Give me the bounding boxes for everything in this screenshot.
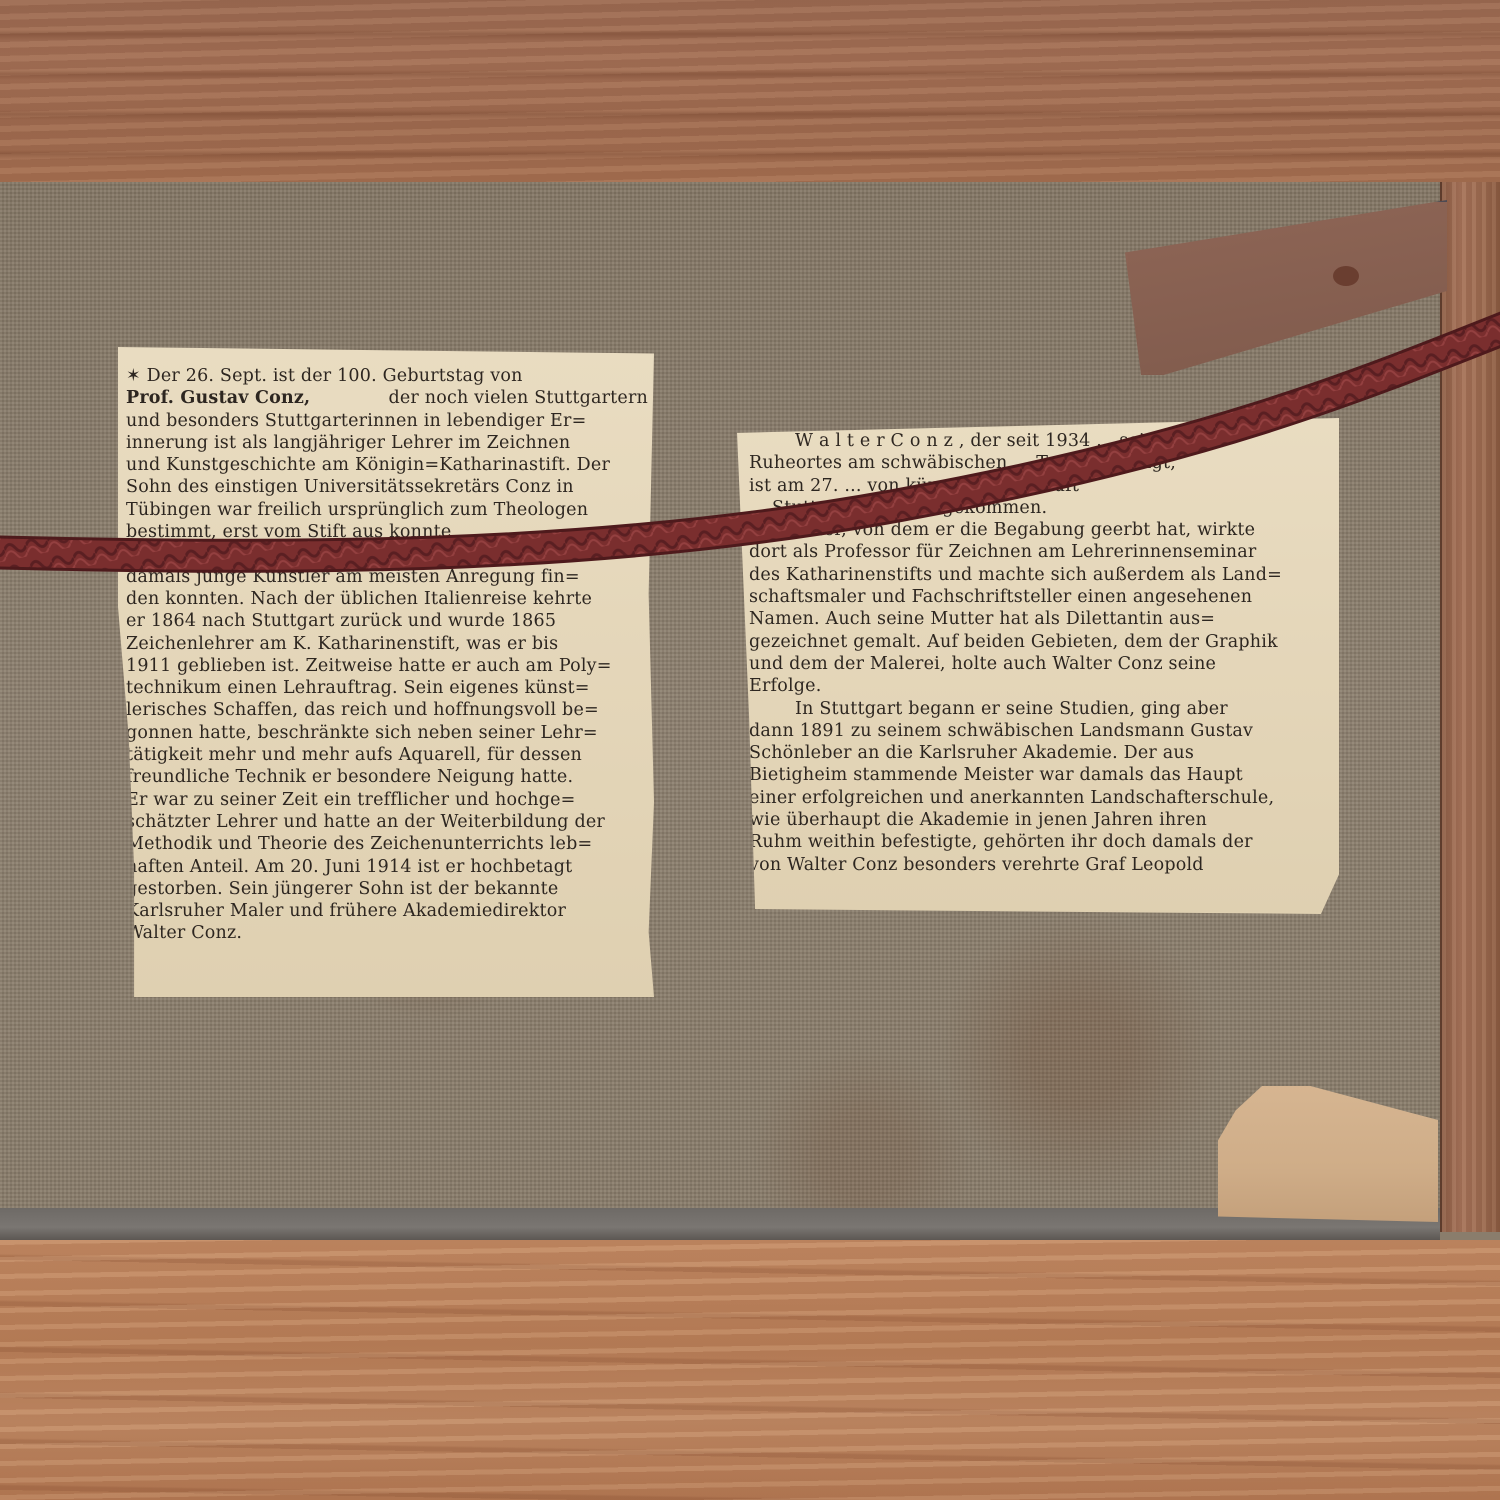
clipping-line: Namen. Auch seine Mutter hat als Diletta… [749, 608, 1327, 630]
clipping-line: schaftsmaler und Fachschriftsteller eine… [749, 586, 1327, 608]
clipping-line: und Kunstgeschichte am Königin=Katharina… [126, 454, 648, 476]
clipping-line: Karlsruher Maler und frühere Akademiedir… [126, 900, 648, 922]
clipping-line: technikum einen Lehrauftrag. Sein eigene… [126, 677, 648, 699]
clipping-line: er 1864 nach Stuttgart zurück und wurde … [126, 610, 648, 632]
newspaper-clipping-gustav-conz: ✶ Der 26. Sept. ist der 100. Geburtstag … [118, 347, 654, 997]
clipping-line: freundliche Technik er besondere Neigung… [126, 766, 648, 788]
clipping-line: Sein Vater, von dem er die Begabung geer… [749, 519, 1327, 541]
clipping-line: Tübingen war freilich ursprünglich zum T… [126, 499, 648, 521]
clipping-line: von Walter Conz besonders verehrte Graf … [749, 854, 1327, 876]
bold-name: Prof. Gustav Conz, [126, 387, 310, 409]
clipping-line: Methodik und Theorie des Zeichenunterric… [126, 833, 648, 855]
clipping-line: tätigkeit mehr und mehr aufs Aquarell, f… [126, 744, 648, 766]
clipping-line: des Katharinenstifts und machte sich auß… [749, 564, 1327, 586]
clipping-line: innerung ist als langjähriger Lehrer im … [126, 432, 648, 454]
clipping-line: einer erfolgreichen und anerkannten Land… [749, 787, 1327, 809]
clipping-line: W a l t e r C o n z , der seit 1934 ... … [749, 430, 1327, 452]
clipping-line: ist am 27. ... von künstlerischer Luft [749, 475, 1327, 497]
clipping-line: damals junge Künstler am meisten Anregun… [126, 566, 648, 588]
clipping-line: schätzter Lehrer und hatte an der Weiter… [126, 811, 648, 833]
clipping-line: gestorben. Sein jüngerer Sohn ist der be… [126, 878, 648, 900]
clipping-line: und besonders Stuttgarterinnen in lebend… [126, 410, 648, 432]
clipping-line: Ruhm weithin befestigte, gehörten ihr do… [749, 831, 1327, 853]
clipping-line: Prof. Gustav Conz, der noch vielen Stutt… [126, 387, 648, 409]
clipping-line: bestimmt, erst vom Stift aus konnte ... [126, 521, 648, 543]
clipping-line: Walter Conz. [126, 922, 648, 944]
clipping-line: In Stuttgart begann er seine Studien, gi… [749, 698, 1327, 720]
clipping-line: Er war zu seiner Zeit ein trefflicher un… [126, 789, 648, 811]
clipping-line: Schönleber an die Karlsruher Akademie. D… [749, 742, 1327, 764]
nail-hole [1333, 266, 1359, 286]
clipping-line: Zeichenlehrer am K. Katharinenstift, was… [126, 633, 648, 655]
stretcher-bar-right [1440, 182, 1500, 1232]
clipping-line: dann 1891 zu seinem schwäbischen Landsma… [749, 720, 1327, 742]
clipping-line: Sohn des einstigen Universitätssekretärs… [126, 476, 648, 498]
clipping-line: Bietigheim stammende Meister war damals … [749, 764, 1327, 786]
clipping-line: und dem der Malerei, holte auch Walter C… [749, 653, 1327, 675]
clipping-line: Ruheortes am schwäbischen ... Tage verbr… [749, 452, 1327, 474]
clipping-line: gonnen hatte, beschränkte sich neben sei… [126, 722, 648, 744]
clipping-line: den konnten. Nach der üblichen Italienre… [126, 588, 648, 610]
clipping-line: haften Anteil. Am 20. Juni 1914 ist er h… [126, 856, 648, 878]
frame-bottom-rail [0, 1240, 1500, 1500]
clipping-line: wie überhaupt die Akademie in jenen Jahr… [749, 809, 1327, 831]
clipping-line: ... nach München und Düsseldorf, den Stä… [126, 543, 648, 565]
clipping-line: Erfolge. [749, 675, 1327, 697]
clipping-line: lerisches Schaffen, das reich und hoffnu… [126, 699, 648, 721]
clipping-line: gezeichnet gemalt. Auf beiden Gebieten, … [749, 631, 1327, 653]
newspaper-clipping-walter-conz: W a l t e r C o n z , der seit 1934 ... … [737, 418, 1339, 914]
clipping-line: ✶ Der 26. Sept. ist der 100. Geburtstag … [126, 365, 648, 387]
clipping-line: dort als Professor für Zeichnen am Lehre… [749, 541, 1327, 563]
clipping-line: 1911 geblieben ist. Zeitweise hatte er a… [126, 655, 648, 677]
clipping-line: ... Stuttgart zur Welt gekommen. [749, 497, 1327, 519]
frame-top-rail [0, 0, 1500, 185]
